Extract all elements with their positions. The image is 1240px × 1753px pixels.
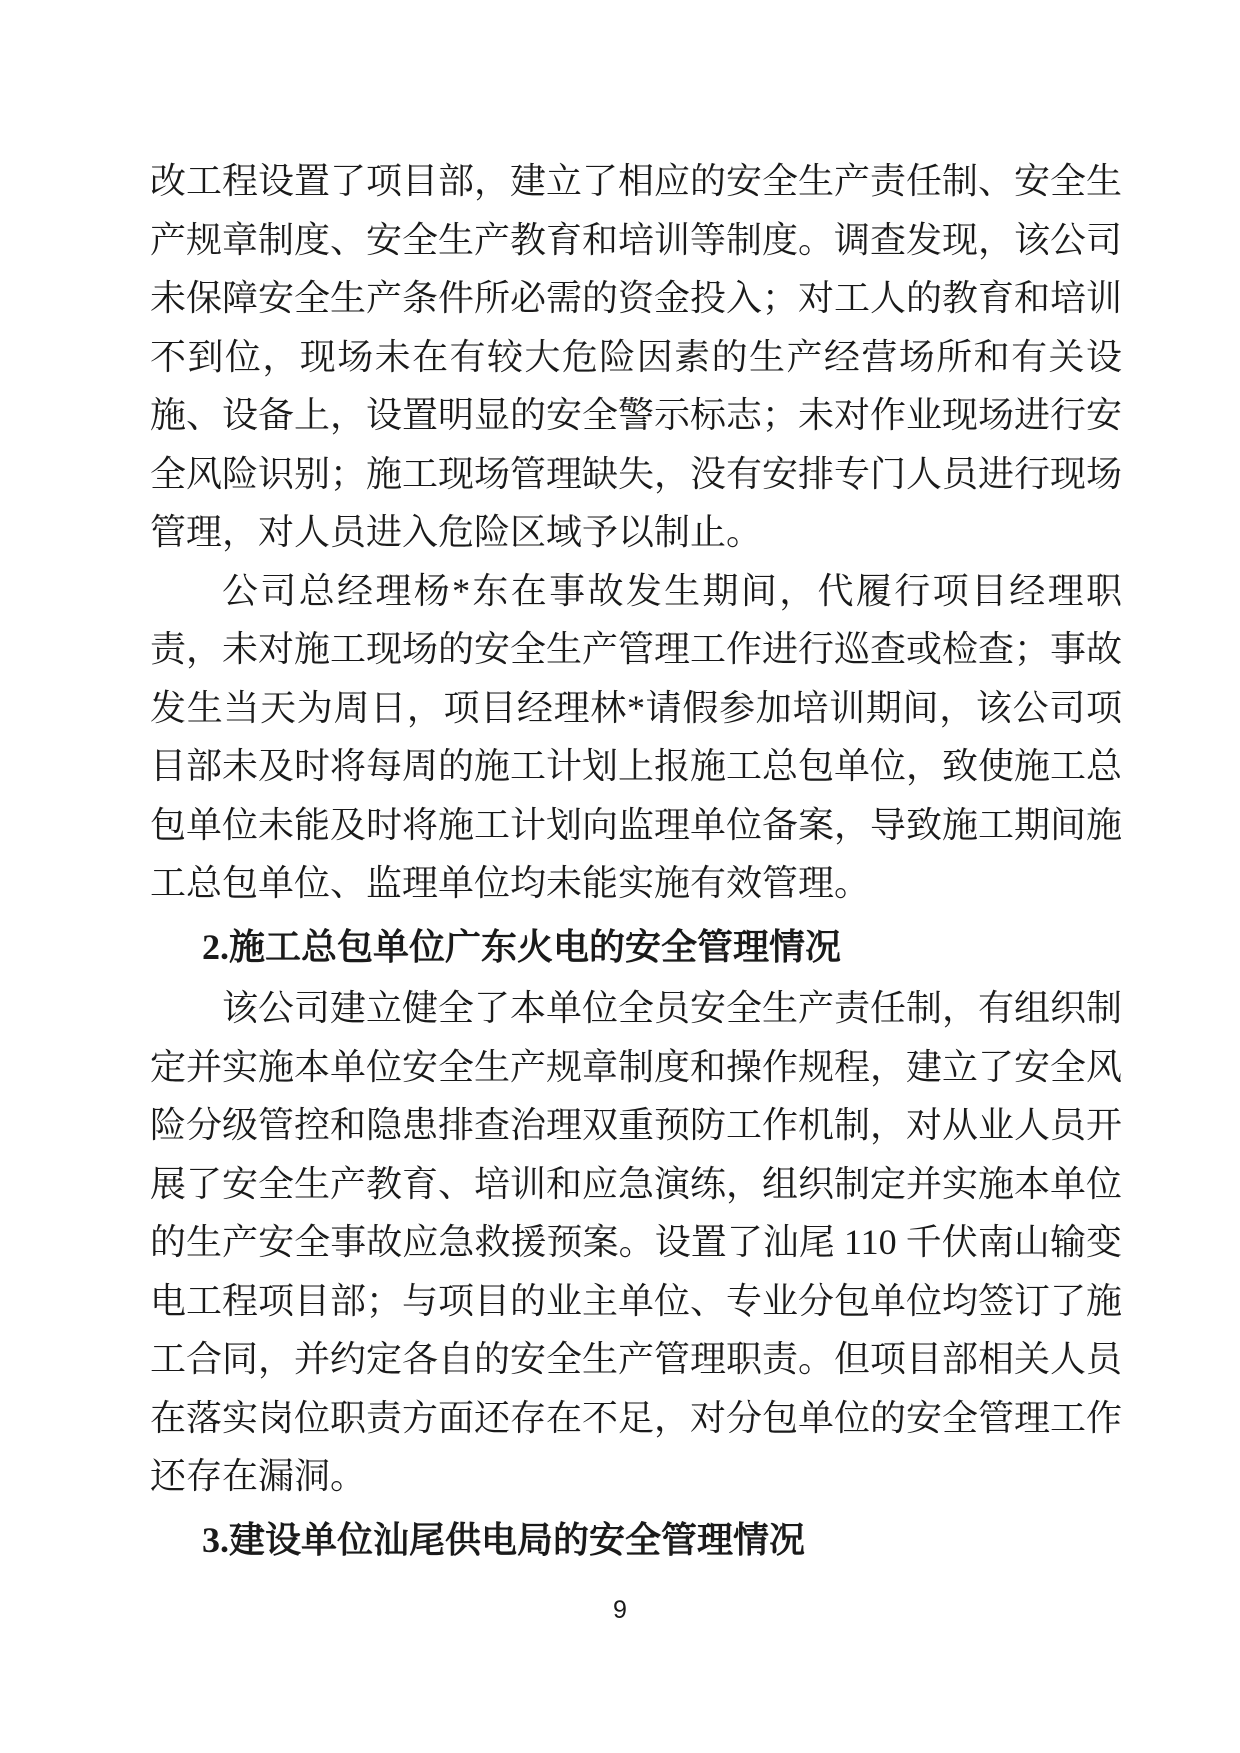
page-number: 9 bbox=[0, 1596, 1240, 1625]
section-heading-2: 2.施工总包单位广东火电的安全管理情况 bbox=[150, 918, 1122, 977]
section-heading-3: 3.建设单位汕尾供电局的安全管理情况 bbox=[150, 1511, 1122, 1570]
document-body: 改工程设置了项目部，建立了相应的安全生产责任制、安全生产规章制度、安全生产教育和… bbox=[150, 152, 1122, 1572]
document-page: 改工程设置了项目部，建立了相应的安全生产责任制、安全生产规章制度、安全生产教育和… bbox=[0, 0, 1240, 1753]
body-paragraph-2: 公司总经理杨*东在事故发生期间，代履行项目经理职责，未对施工现场的安全生产管理工… bbox=[150, 562, 1122, 913]
body-paragraph-1: 改工程设置了项目部，建立了相应的安全生产责任制、安全生产规章制度、安全生产教育和… bbox=[150, 152, 1122, 562]
body-paragraph-3: 该公司建立健全了本单位全员安全生产责任制，有组织制定并实施本单位安全生产规章制度… bbox=[150, 979, 1122, 1506]
